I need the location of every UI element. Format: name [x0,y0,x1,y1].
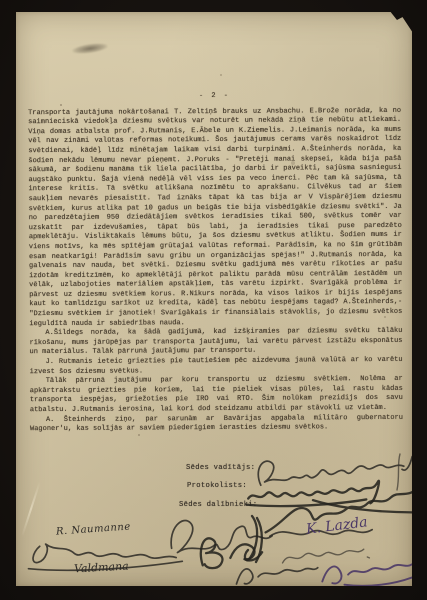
paragraph-silde: A.Šildegs norāda, ka šādā gadījumā, kad … [29,327,402,358]
paragraph-steinherds: A. Šteinherds ziņo, par sarunām ar Bavār… [30,413,403,434]
valdmana-signature: Valdmana [74,560,129,576]
paragraph-choir-transport: Tālāk pārrunā jautājumu par koru transpo… [30,375,403,416]
page-number: - 2 - [28,91,401,103]
ink-smudge [72,42,109,56]
paragraph-rutmanis: J. Rutmanis ieteic griezties pie tautieš… [30,356,403,377]
recorder-label: Protokolists: [187,482,247,490]
ink-stroke [322,564,413,588]
photo-background: { "document": { "page_number": "- 2 -", … [0,0,427,600]
paper-crease [21,481,41,537]
typed-text-block: - 2 - Transporta jautājuma nokārtošanai … [28,91,403,435]
ink-stroke [236,565,319,584]
smits-signature [227,556,321,593]
paragraph-transport: Transporta jautājuma nokārtošanai T. Zel… [28,106,402,329]
chair-label: Sēdes vadītājs: [186,464,255,472]
liman-signature [313,552,416,592]
scanned-page: - 2 - Transporta jautājuma nokārtošanai … [16,12,412,586]
paper-specks [16,12,18,14]
